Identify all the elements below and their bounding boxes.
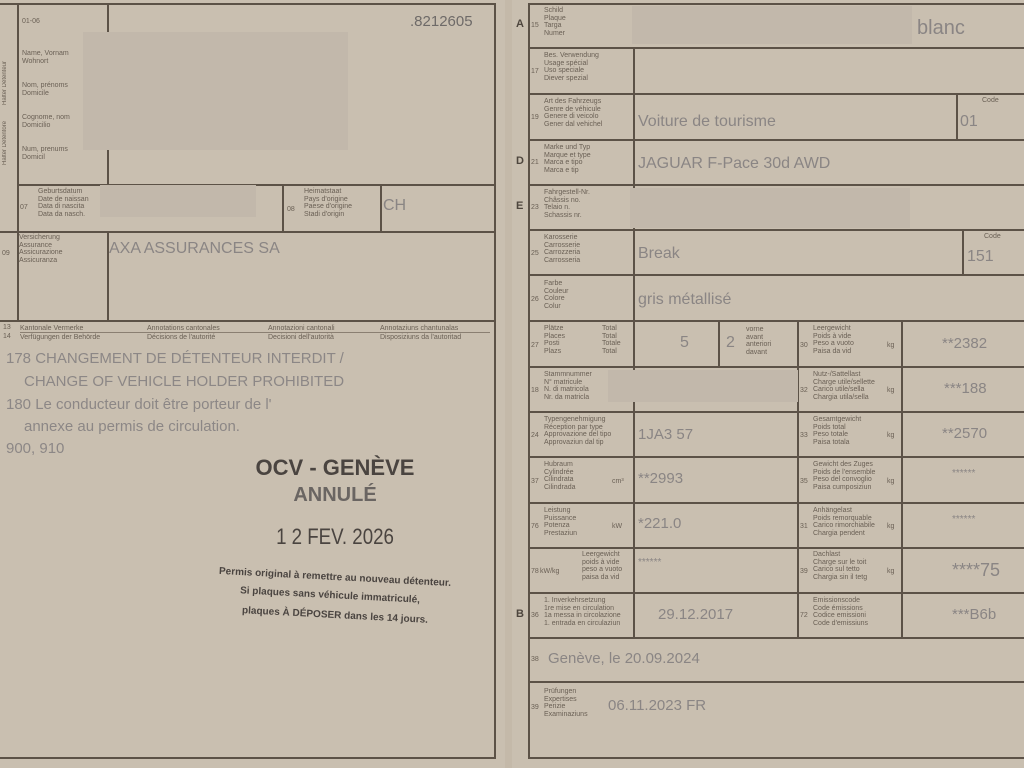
seats-total: 5 xyxy=(680,334,689,352)
field-14-number: 14 xyxy=(3,333,11,340)
field-13-number: 13 xyxy=(3,324,11,331)
body-code: 151 xyxy=(967,248,994,266)
field-30-unit: kg xyxy=(887,342,894,349)
field-08-number: 08 xyxy=(287,206,295,213)
decision-header-it: Decisioni dell'autorità xyxy=(268,334,334,342)
field-32-label: Nutz-/Sattellast Charge utile/sellette C… xyxy=(813,371,875,401)
right-page: A 15 Schild Plaque Targa Numer blanc 17 … xyxy=(512,0,1024,768)
field-07-number: 07 xyxy=(20,204,28,211)
row-19-code-label: Code xyxy=(982,97,999,104)
field-33-unit: kg xyxy=(887,432,894,439)
field-27-label: Plätze Places Posti Plazs xyxy=(544,325,565,355)
row-17-number: 17 xyxy=(531,68,539,75)
field-32-unit: kg xyxy=(887,387,894,394)
left-page: Halter Détenteur Halter Detentore 01-06 … xyxy=(0,0,505,768)
field-07-label: Geburtsdatum Date de naissan Data di nas… xyxy=(38,188,89,218)
row-26-number: 26 xyxy=(531,296,539,303)
field-35-unit: kg xyxy=(887,478,894,485)
payload-value: ***188 xyxy=(944,380,987,397)
row-letter-d: D xyxy=(516,155,524,167)
field-36-label: 1. Inverkehrsetzung 1re mise en circulat… xyxy=(544,597,621,627)
towing-capacity-value: ****** xyxy=(952,514,975,525)
stamp-date: 1 2 FEV. 2026 xyxy=(254,524,416,550)
stamp-status: ANNULÉ xyxy=(240,484,430,507)
row-letter-a: A xyxy=(516,18,524,30)
holder-label-fr: Nom, prénoms Domicile xyxy=(22,82,68,97)
holder-label-rm: Num, prenums Domicil xyxy=(22,146,68,161)
field-72-label: Emissionscode Code émissions Codice emis… xyxy=(813,597,868,627)
birthdate-redaction xyxy=(100,185,256,217)
vehicle-genre-value: Voiture de tourisme xyxy=(638,113,776,131)
field-08-label: Heimatstaat Pays d'origine Paese d'origi… xyxy=(304,188,352,218)
field-78-label: kW/kg xyxy=(540,568,559,575)
row-21-label: Marke und Typ Marque et type Marca e tip… xyxy=(544,144,591,174)
field-76-label: Leistung Puissance Potenza Prestaziun xyxy=(544,507,577,537)
field-36-number: 36 xyxy=(531,612,539,619)
field-09-number: 09 xyxy=(2,250,10,257)
field-37-label: Hubraum Cylindrée Cilindrata Cilindrada xyxy=(544,461,576,491)
row-25-code-label: Code xyxy=(984,233,1001,240)
displacement-value: **2993 xyxy=(638,470,683,487)
field-01-06-label: 01-06 xyxy=(22,18,40,26)
field-30-label: Leergewicht Poids à vide Peso a vuoto Pa… xyxy=(813,325,854,355)
field-32-number: 32 xyxy=(800,387,808,394)
emission-code-value: ***B6b xyxy=(952,606,996,623)
field-27-sublabel: Total Total Totale Total xyxy=(602,325,621,355)
power-weight-value: ****** xyxy=(638,557,661,568)
make-model-value: JAGUAR F-Pace 30d AWD xyxy=(638,155,830,173)
field-31-unit: kg xyxy=(887,523,894,530)
field-38-number: 38 xyxy=(531,656,539,663)
annotation-180-cont: annexe au permis de circulation. xyxy=(24,418,240,435)
holder-side-label: Halter Détenteur xyxy=(2,45,9,105)
empty-weight-value: **2382 xyxy=(942,335,987,352)
power-value: *221.0 xyxy=(638,515,681,532)
field-31-label: Anhängelast Poids remorquable Carico rim… xyxy=(813,507,875,537)
field-37-number: 37 xyxy=(531,478,539,485)
stamp-note-3: plaques À DÉPOSER dans les 14 jours. xyxy=(210,603,460,627)
decision-header-rm: Disposiziuns da l'autoritad xyxy=(380,334,461,342)
decision-header-fr: Décisions de l'autorité xyxy=(147,334,215,342)
field-33-number: 33 xyxy=(800,432,808,439)
vehicle-genre-code: 01 xyxy=(960,113,978,131)
field-09-label: Versicherung Assurance Assicurazione Ass… xyxy=(19,234,63,264)
plate-redaction xyxy=(632,6,912,44)
row-19-number: 19 xyxy=(531,114,539,121)
row-23-number: 23 xyxy=(531,204,539,211)
annotation-178-en: CHANGE OF VEHICLE HOLDER PROHIBITED xyxy=(24,373,344,390)
field-72-number: 72 xyxy=(800,612,808,619)
row-25-label: Karosserie Carrosserie Carrozzeria Carro… xyxy=(544,234,580,264)
field-24-number: 24 xyxy=(531,432,539,439)
roof-load-value: ****75 xyxy=(952,560,1000,581)
field-18-label: Stammnummer N° matricule N. di matricola… xyxy=(544,371,592,401)
row-25-number: 25 xyxy=(531,250,539,257)
inspections-value: 06.11.2023 FR xyxy=(608,697,706,714)
field-78-sublabel: Leergewicht poids à vide peso a vuoto pa… xyxy=(582,551,622,581)
holder-label-it: Cognome, nom Domicilio xyxy=(22,114,70,129)
body-value: Break xyxy=(638,245,680,263)
color-value: gris métallisé xyxy=(638,291,731,309)
train-weight-value: ****** xyxy=(952,468,975,479)
field-39-unit: kg xyxy=(887,568,894,575)
field-24-label: Typengenehmigung Réception par type Appr… xyxy=(544,416,611,446)
seats-front: 2 xyxy=(726,334,735,352)
field-18-number: 18 xyxy=(531,387,539,394)
row-19-label: Art des Fahrzeugs Genre de véhicule Gene… xyxy=(544,98,602,128)
matricule-redaction xyxy=(608,370,798,402)
type-approval-value: 1JA3 57 xyxy=(638,426,693,443)
annotation-codes: 900, 910 xyxy=(6,440,64,457)
field-39-number: 39 xyxy=(800,568,808,575)
row-21-number: 21 xyxy=(531,159,539,166)
holder-redaction xyxy=(83,32,348,150)
row-15-number: 15 xyxy=(531,22,539,29)
seats-front-label: vorne avant anteriori davant xyxy=(746,326,771,356)
field-76-number: 76 xyxy=(531,523,539,530)
field-35-number: 35 xyxy=(800,478,808,485)
row-15-label: Schild Plaque Targa Numer xyxy=(544,7,566,37)
row-letter-b: B xyxy=(516,608,524,620)
issue-place-date: Genève, le 20.09.2024 xyxy=(548,650,700,667)
row-26-label: Farbe Couleur Colore Colur xyxy=(544,280,569,310)
chassis-redaction xyxy=(630,188,910,228)
row-letter-e: E xyxy=(516,200,523,212)
field-78-number: 78 xyxy=(531,568,539,575)
field-27-number: 27 xyxy=(531,342,539,349)
field-31-number: 31 xyxy=(800,523,808,530)
plate-value: blanc xyxy=(917,17,965,40)
first-registration-value: 29.12.2017 xyxy=(658,606,733,623)
field-35-label: Gewicht des Zuges Poids de l'ensemble Pe… xyxy=(813,461,875,491)
row-23-label: Fahrgestell-Nr. Châssis no. Telaio n. Sc… xyxy=(544,189,590,219)
field-37-unit: cm³ xyxy=(612,478,624,485)
holder-side-label-2: Halter Detentore xyxy=(2,110,9,165)
origin-country: CH xyxy=(383,197,406,215)
annotation-180: 180 Le conducteur doit être porteur de l… xyxy=(6,396,272,413)
annotation-178: 178 CHANGEMENT DE DÉTENTEUR INTERDIT / xyxy=(6,350,344,367)
field-33-label: Gesamtgewicht Poids total Peso totale Pa… xyxy=(813,416,861,446)
row-17-label: Bes. Verwendung Usage spécial Uso specia… xyxy=(544,52,599,82)
field-39-label: Dachlast Charge sur le toit Carico sul t… xyxy=(813,551,867,581)
total-weight-value: **2570 xyxy=(942,425,987,442)
field-76-unit: kW xyxy=(612,523,622,530)
holder-label-de: Name, Vornam Wohnort xyxy=(22,50,69,65)
serial-number: .8212605 xyxy=(410,13,473,30)
field-30-number: 30 xyxy=(800,342,808,349)
decision-header-de: Verfügungen der Behörde xyxy=(20,334,100,342)
inspections-label: Prüfungen Expertises Perizie Examinaziun… xyxy=(544,688,588,718)
insurance-value: AXA ASSURANCES SA xyxy=(109,240,280,258)
field-39-inspections-number: 39 xyxy=(531,704,539,711)
stamp-office: OCV - GENÈVE xyxy=(240,455,430,481)
